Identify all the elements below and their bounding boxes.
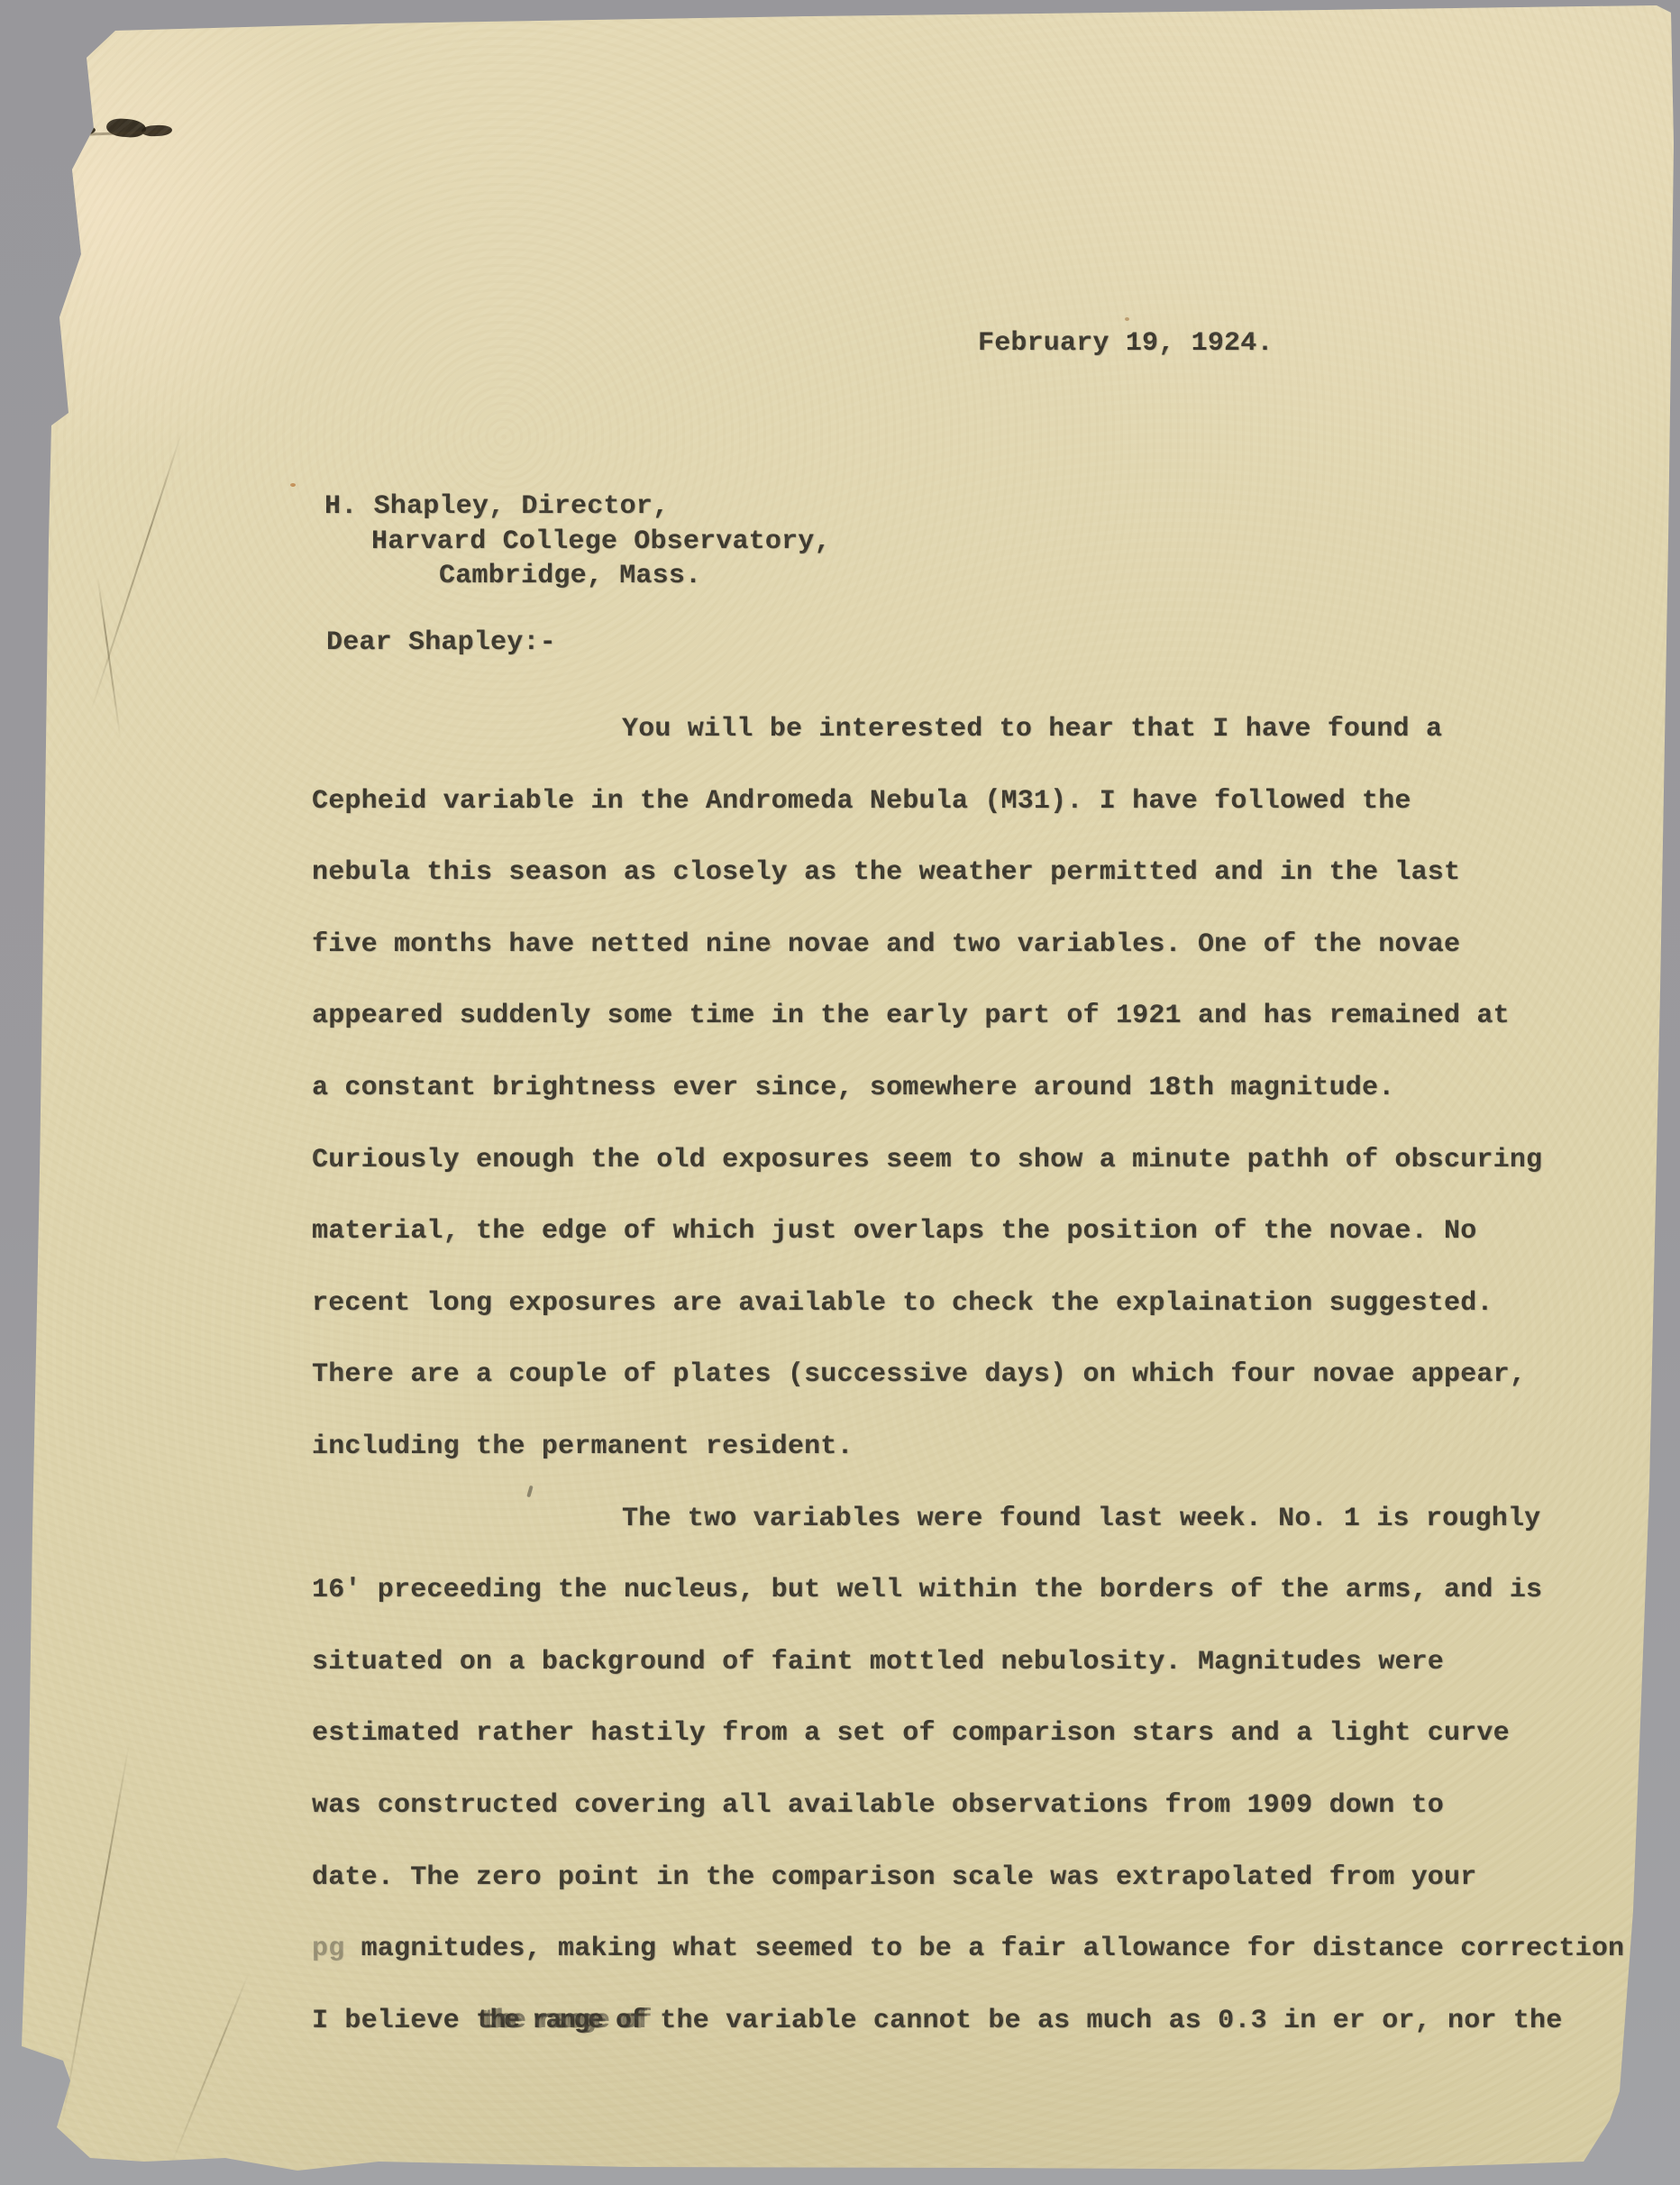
letter-line-segment: the range of — [476, 2006, 644, 2036]
letter-date: February 19, 1924. — [978, 328, 1274, 359]
recipient-line: Cambridge, Mass. — [439, 559, 831, 594]
recipient-block: H. Shapley, Director,Harvard College Obs… — [324, 489, 831, 594]
letter-line: There are a couple of plates (successive… — [312, 1339, 1624, 1412]
letter-body: You will be interested to hear that I ha… — [312, 694, 1624, 2057]
paper-speck — [1125, 317, 1129, 321]
letter-line: material, the edge of which just overlap… — [312, 1196, 1624, 1268]
crease-line — [89, 431, 183, 714]
letter-line: was constructed covering all available o… — [312, 1770, 1624, 1842]
letter-line: nebula this season as closely as the wea… — [312, 837, 1624, 910]
scanned-letter-photo: February 19, 1924. H. Shapley, Director,… — [0, 0, 1680, 2185]
recipient-line: Harvard College Observatory, — [371, 525, 831, 560]
crease-line — [61, 1742, 131, 2125]
salutation: Dear Shapley:- — [326, 627, 556, 658]
letter-line: appeared suddenly some time in the early… — [312, 981, 1624, 1053]
paper-speck — [290, 483, 296, 487]
letter-line: five months have netted nine novae and t… — [312, 910, 1624, 982]
letter-line-segment: I believe — [312, 2006, 476, 2036]
crease-line — [96, 578, 121, 739]
letter-line: Cepheid variable in the Andromeda Nebula… — [312, 766, 1624, 838]
letter-line-segment: magnitudes, making what seemed to be a f… — [344, 1934, 1624, 1964]
letter-line: 16' preceeding the nucleus, but well wit… — [312, 1555, 1624, 1627]
letter-line: I believe the range of the variable cann… — [312, 1986, 1624, 2058]
letter-line: You will be interested to hear that I ha… — [312, 694, 1624, 766]
letter-line: Curiously enough the old exposures seem … — [312, 1125, 1624, 1197]
letter-line: date. The zero point in the comparison s… — [312, 1842, 1624, 1915]
letter-line: pg magnitudes, making what seemed to be … — [312, 1914, 1624, 1986]
letter-line: situated on a background of faint mottle… — [312, 1627, 1624, 1699]
crease-line — [170, 1972, 250, 2165]
letter-page: February 19, 1924. H. Shapley, Director,… — [0, 0, 1680, 2185]
letter-line: a constant brightness ever since, somewh… — [312, 1053, 1624, 1125]
letter-line: The two variables were found last week. … — [312, 1484, 1624, 1556]
letter-line-segment: the variable cannot be as much as 0.3 in… — [644, 2006, 1562, 2036]
recipient-line: H. Shapley, Director, — [324, 489, 831, 525]
letter-line-segment: pg — [312, 1934, 344, 1964]
tape-residue-mark — [105, 117, 146, 138]
letter-line: estimated rather hastily from a set of c… — [312, 1698, 1624, 1770]
letter-line: including the permanent resident. — [312, 1412, 1624, 1484]
letter-line: recent long exposures are available to c… — [312, 1268, 1624, 1340]
